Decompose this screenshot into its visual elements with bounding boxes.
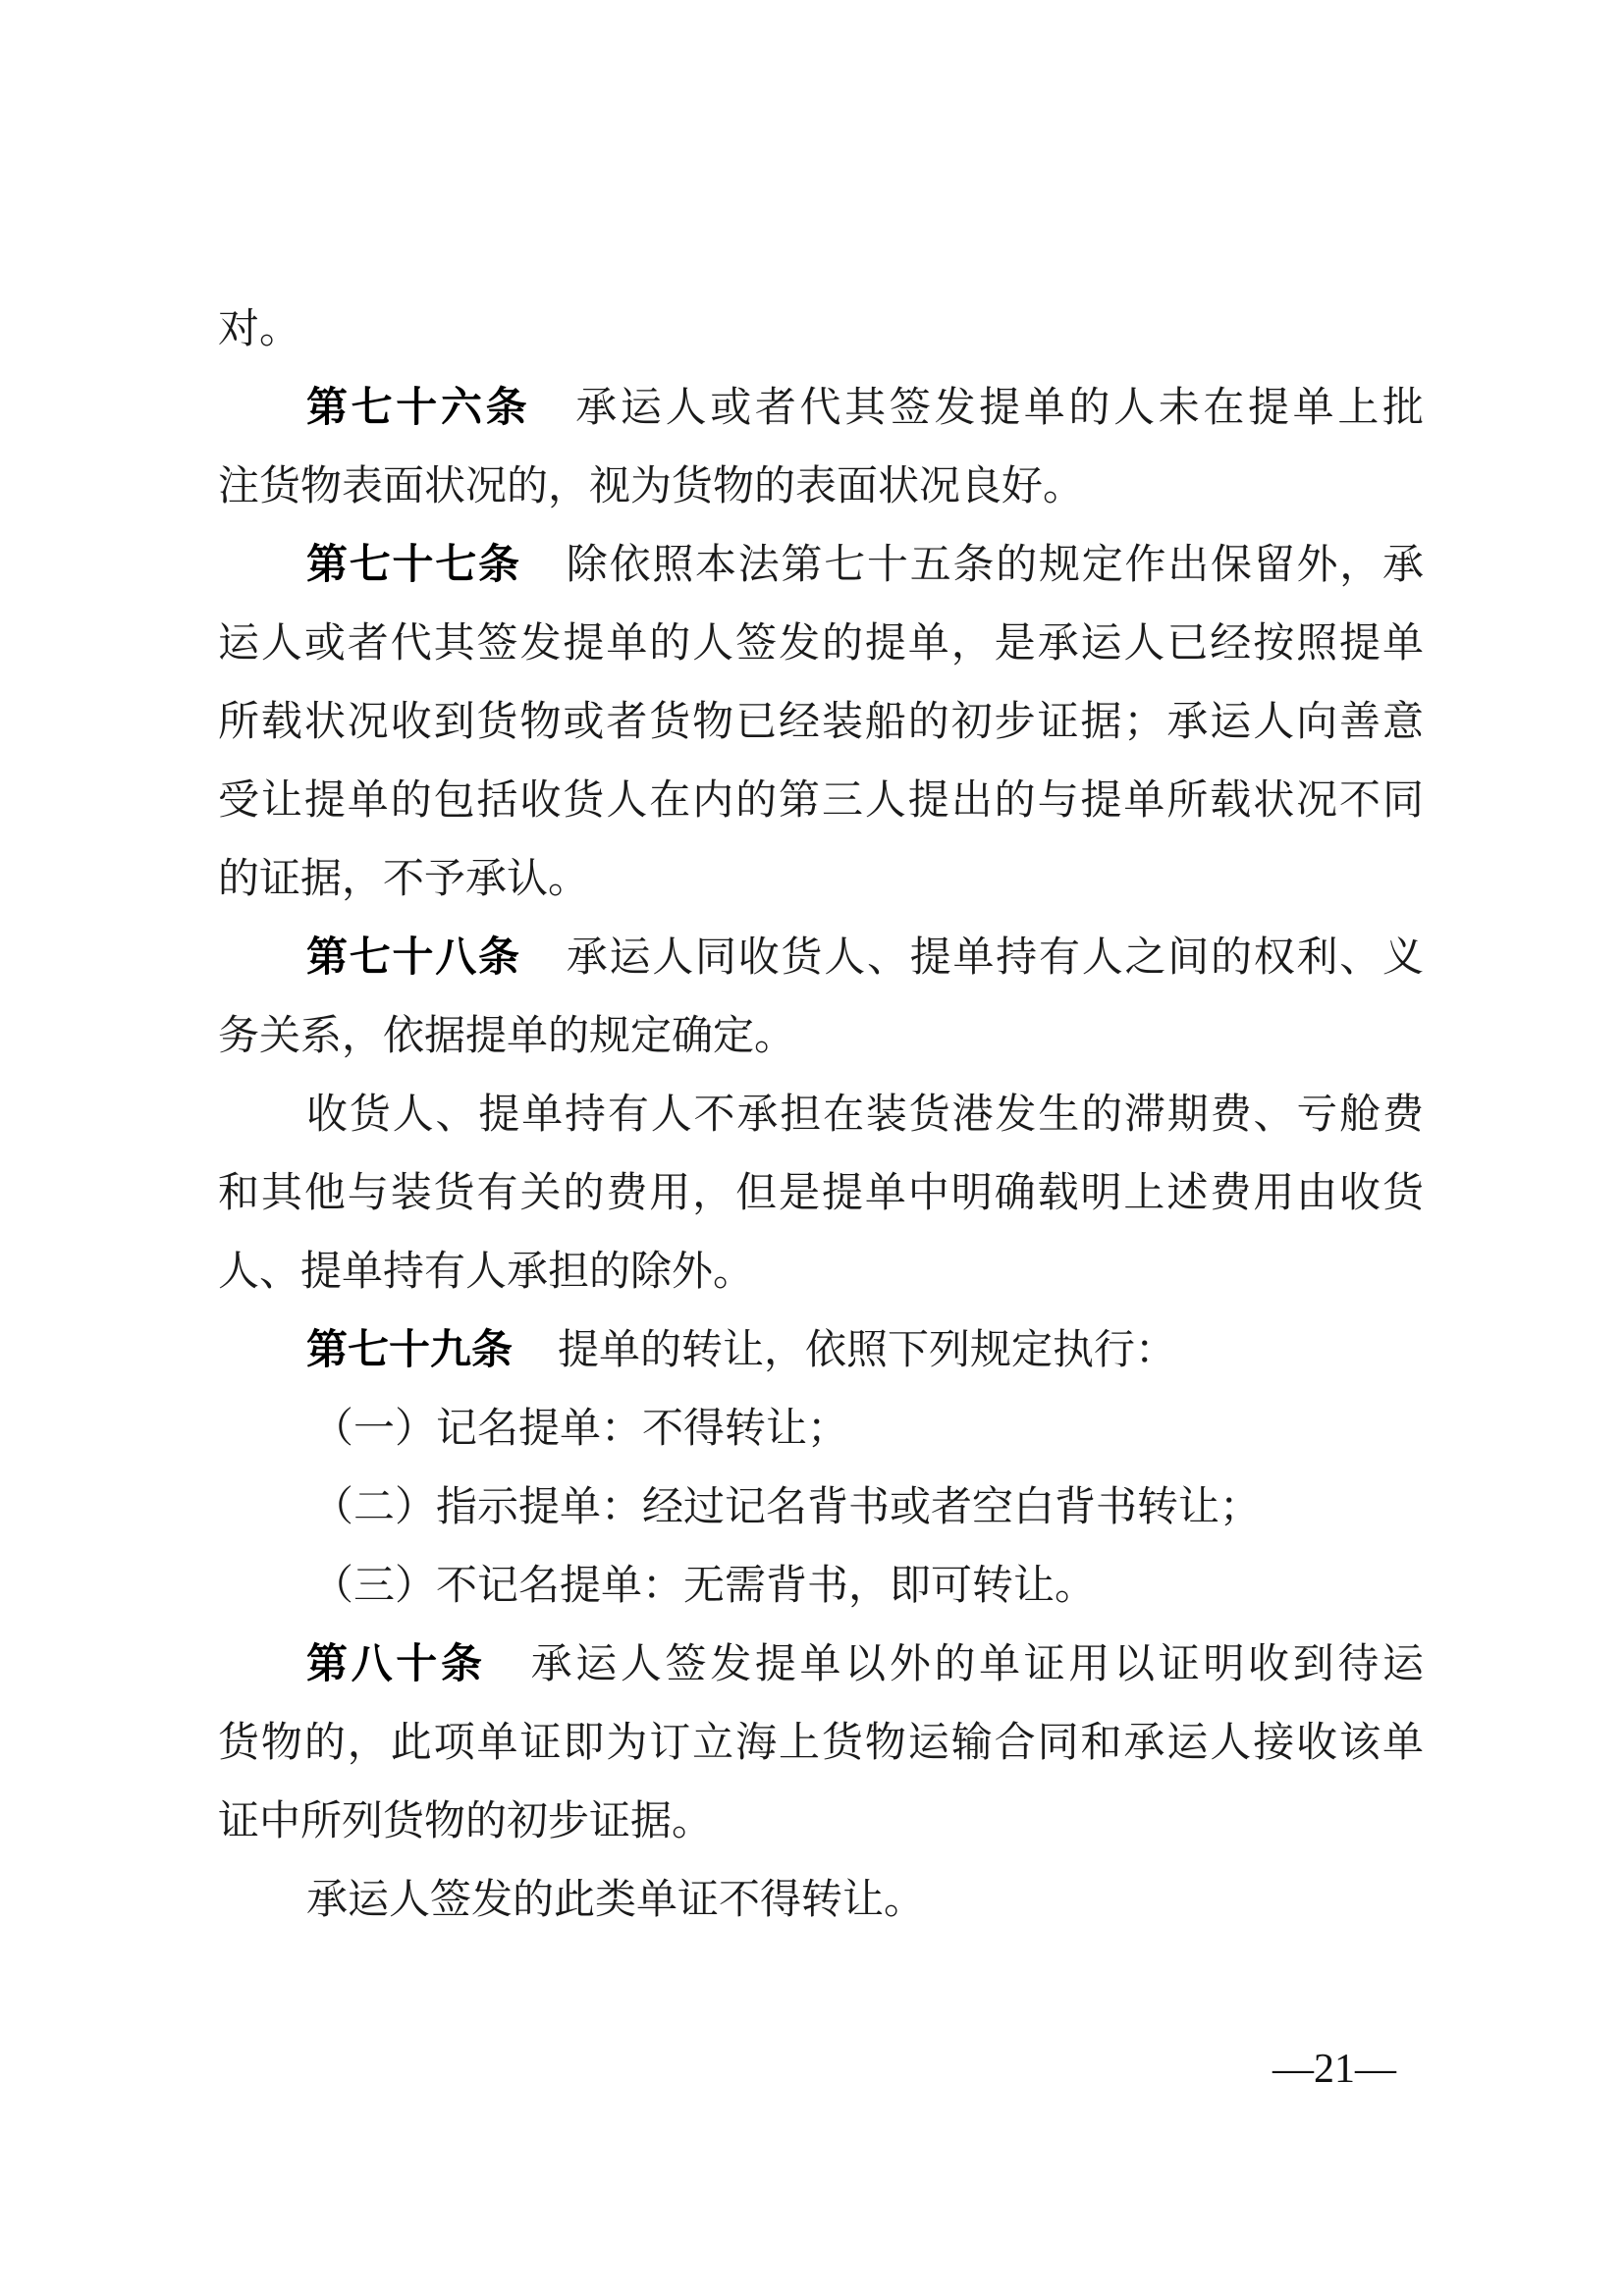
line-text: 受让提单的包括收货人在内的第三人提出的与提单所载状况不同 [218,775,1424,824]
article-80-heading-line: 第八十条承运人签发提单以外的单证用以证明收到待运 [306,1636,1424,1691]
text-line: 对。 [218,301,300,356]
line-text: 对。 [218,304,300,352]
paragraph-first-line: 收货人、提单持有人不承担在装货港发生的滞期费、亏舱费 [306,1087,1424,1142]
article-78-heading-line: 第七十八条承运人同收货人、提单持有人之间的权利、义 [306,930,1424,985]
line-text: 承运人签发提单以外的单证用以证明收到待运 [531,1639,1424,1687]
line-text: 的证据，不予承认。 [218,854,589,902]
line-text: 除依照本法第七十五条的规定作出保留外，承 [567,540,1424,588]
article-76-heading-line: 第七十六条承运人或者代其签发提单的人未在提单上批 [306,380,1424,435]
list-item: （三）不记名提单：无需背书，即可转让。 [312,1558,1096,1613]
line-text: 承运人同收货人、提单持有人之间的权利、义 [567,933,1424,981]
line-text: 提单的转让，依照下列规定执行： [558,1325,1176,1373]
line-text: （一）记名提单：不得转让； [312,1404,848,1452]
article-number: 第七十八条 [306,933,521,981]
line-text: 和其他与装货有关的费用，但是提单中明确载明上述费用由收货 [218,1168,1424,1216]
article-number: 第七十六条 [306,383,530,431]
article-number: 第七十九条 [306,1325,513,1373]
article-77-heading-line: 第七十七条除依照本法第七十五条的规定作出保留外，承 [306,537,1424,592]
text-line: 货物的，此项单证即为订立海上货物运输合同和承运人接收该单 [218,1715,1424,1770]
text-line: 注货物表面状况的，视为货物的表面状况良好。 [218,458,1084,513]
list-item: （一）记名提单：不得转让； [312,1401,848,1456]
article-79-heading-line: 第七十九条提单的转让，依照下列规定执行： [306,1322,1176,1377]
article-number: 第七十七条 [306,540,521,588]
line-text: 收货人、提单持有人不承担在装货港发生的滞期费、亏舱费 [306,1090,1424,1138]
page-number: —21— [1272,2042,1382,2097]
line-text: 务关系，依据提单的规定确定。 [218,1011,795,1059]
text-line: 受让提单的包括收货人在内的第三人提出的与提单所载状况不同 [218,773,1424,828]
paragraph-first-line: 承运人签发的此类单证不得转让。 [306,1872,925,1927]
document-page: 对。 第七十六条承运人或者代其签发提单的人未在提单上批 注货物表面状况的，视为货… [0,0,1624,2296]
line-text: 运人或者代其签发提单的人签发的提单，是承运人已经按照提单 [218,618,1424,667]
list-item: （二）指示提单：经过记名背书或者空白背书转让； [312,1479,1261,1534]
line-text: 货物的，此项单证即为订立海上货物运输合同和承运人接收该单 [218,1718,1424,1766]
line-text: 所载状况收到货物或者货物已经装船的初步证据；承运人向善意 [218,697,1424,745]
text-line: 证中所列货物的初步证据。 [218,1793,713,1848]
line-text: 承运人签发的此类单证不得转让。 [306,1875,925,1923]
text-line: 的证据，不予承认。 [218,851,589,906]
text-line: 务关系，依据提单的规定确定。 [218,1008,795,1063]
text-line: 人、提单持有人承担的除外。 [218,1244,754,1299]
line-text: 注货物表面状况的，视为货物的表面状况良好。 [218,461,1084,509]
line-text: 证中所列货物的初步证据。 [218,1796,713,1844]
article-number: 第八十条 [306,1639,486,1687]
line-text: 承运人或者代其签发提单的人未在提单上批 [575,383,1424,431]
text-line: 运人或者代其签发提单的人签发的提单，是承运人已经按照提单 [218,615,1424,670]
text-line: 和其他与装货有关的费用，但是提单中明确载明上述费用由收货 [218,1165,1424,1220]
line-text: （三）不记名提单：无需背书，即可转让。 [312,1561,1096,1609]
text-line: 所载状况收到货物或者货物已经装船的初步证据；承运人向善意 [218,694,1424,749]
line-text: （二）指示提单：经过记名背书或者空白背书转让； [312,1482,1261,1530]
line-text: 人、提单持有人承担的除外。 [218,1247,754,1295]
